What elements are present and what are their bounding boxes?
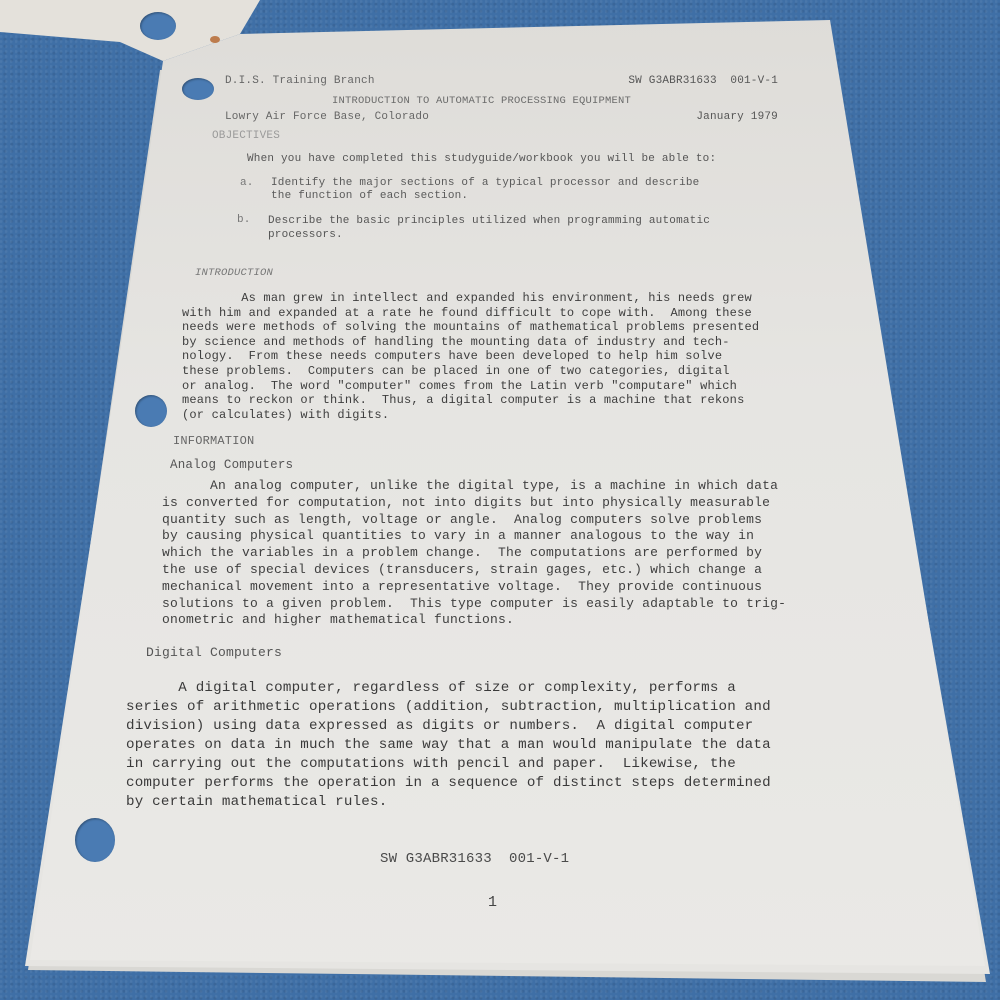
header-org-line2: Lowry Air Force Base, Colorado	[225, 111, 429, 123]
introduction-heading: INTRODUCTION	[195, 267, 273, 279]
objective-item: Identify the major sections of a typical…	[271, 177, 699, 203]
analog-heading: Analog Computers	[170, 458, 293, 472]
objectives-heading: OBJECTIVES	[212, 130, 280, 142]
page-number: 1	[488, 894, 497, 911]
document-title: INTRODUCTION TO AUTOMATIC PROCESSING EQU…	[332, 95, 631, 107]
objective-item: Describe the basic principles utilized w…	[268, 214, 710, 242]
objective-label: b.	[237, 214, 251, 226]
digital-heading: Digital Computers	[146, 645, 282, 660]
analog-paragraph: An analog computer, unlike the digital t…	[162, 478, 786, 629]
footer-doc-code: SW G3ABR31633 001-V-1	[380, 851, 569, 867]
objectives-intro: When you have completed this studyguide/…	[247, 153, 716, 165]
digital-paragraph: A digital computer, regardless of size o…	[126, 679, 771, 812]
introduction-paragraph: As man grew in intellect and expanded hi…	[182, 291, 759, 422]
information-heading: INFORMATION	[173, 434, 254, 448]
document-content: D.I.S. Training Branch Lowry Air Force B…	[0, 0, 1000, 1000]
header-doc-code: SW G3ABR31633 001-V-1	[598, 75, 778, 87]
header-org-line1: D.I.S. Training Branch	[225, 75, 429, 87]
objective-label: a.	[240, 177, 254, 189]
header-date: January 1979	[598, 111, 778, 123]
